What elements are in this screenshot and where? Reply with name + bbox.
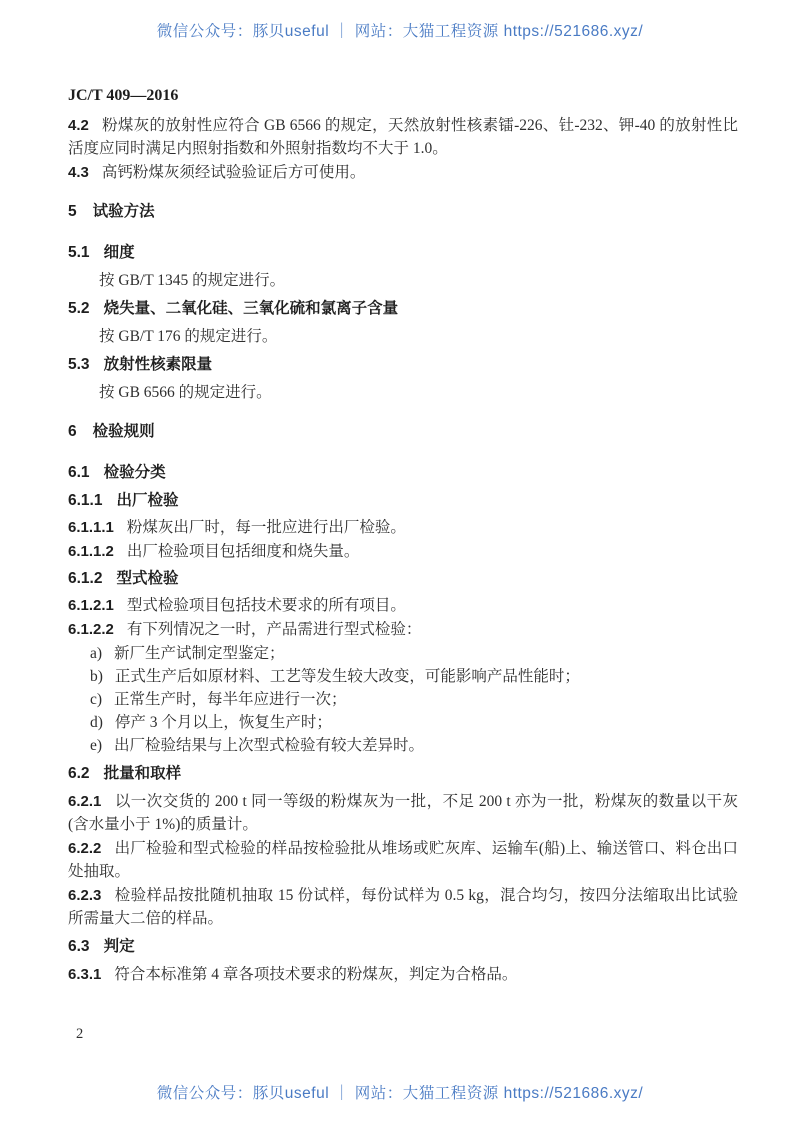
block-6.1.1.1: 6.1.1.1粉煤灰出厂时，每一批应进行出厂检验。 [68,516,738,539]
clause-text: 正式生产后如原材料、工艺等发生较大改变，可能影响产品性能时； [115,668,580,685]
block-5.1: 5.1细度 [68,241,738,264]
document-page: 微信公众号：豚贝useful ｜ 网站：大猫工程资源 https://52168… [0,0,800,1131]
clause-text: 停产 3 个月以上，恢复生产时； [115,714,332,731]
clause-text: 新厂生产试制定型鉴定； [114,645,285,662]
clause-text: 正常生产时，每半年应进行一次； [114,691,347,708]
clause-number: 6.2.3 [68,887,114,904]
clause-text: 出厂检验 [116,492,178,509]
document-body: 4.2粉煤灰的放射性应符合 GB 6566 的规定，天然放射性核素镭-226、钍… [68,113,738,987]
clause-number: 6.3 [68,938,104,955]
clause-number: 6.3.1 [68,966,114,983]
block-6.2.2: 6.2.2出厂检验和型式检验的样品按检验批从堆场或贮灰库、运输车(船)上、输送管… [68,837,738,883]
clause-text: 出厂检验项目包括细度和烧失量。 [127,543,360,560]
clause-text: 批量和取样 [104,765,182,782]
clause-number: 6.1.1 [68,492,116,509]
page-number: 2 [76,1026,83,1043]
clause-number: 5.3 [68,356,104,373]
clause-text: 型式检验 [116,570,178,587]
block-5: 5试验方法 [68,200,738,223]
block-body: 按 GB/T 176 的规定进行。 [68,325,738,348]
clause-number: 4.2 [68,117,102,134]
block-6: 6检验规则 [68,420,738,443]
clause-number: e) [90,737,114,754]
clause-number: a) [90,645,114,662]
clause-number: 6 [68,423,93,440]
block-b: b)正式生产后如原材料、工艺等发生较大改变，可能影响产品性能时； [68,665,738,688]
clause-text: 按 GB/T 176 的规定进行。 [99,328,277,345]
clause-number: 6.2.1 [68,793,114,810]
clause-text: 高钙粉煤灰须经试验验证后方可使用。 [102,164,366,181]
clause-text: 粉煤灰出厂时，每一批应进行出厂检验。 [127,519,406,536]
clause-number: 6.1.2.1 [68,597,127,614]
block-a: a)新厂生产试制定型鉴定； [68,642,738,665]
clause-number: c) [90,691,114,708]
clause-text: 按 GB 6566 的规定进行。 [99,384,272,401]
block-5.2: 5.2烧失量、二氧化硅、三氧化硫和氯离子含量 [68,297,738,320]
clause-text: 判定 [104,938,135,955]
header-promo-note: 微信公众号：豚贝useful ｜ 网站：大猫工程资源 https://52168… [0,19,800,41]
block-4.2: 4.2粉煤灰的放射性应符合 GB 6566 的规定，天然放射性核素镭-226、钍… [68,114,738,160]
clause-number: 5 [68,203,93,220]
clause-number: 6.1.1.1 [68,519,127,536]
clause-number: 6.2.2 [68,840,114,857]
block-6.2: 6.2批量和取样 [68,762,738,785]
block-6.2.1: 6.2.1以一次交货的 200 t 同一等级的粉煤灰为一批，不足 200 t 亦… [68,790,738,836]
clause-text: 检验规则 [93,423,155,440]
clause-number: d) [90,714,115,731]
block-5.3: 5.3放射性核素限量 [68,353,738,376]
block-6.1: 6.1检验分类 [68,461,738,484]
clause-text: 烧失量、二氧化硅、三氧化硫和氯离子含量 [104,300,399,317]
clause-number: b) [90,668,115,685]
clause-text: 有下列情况之一时，产品需进行型式检验： [127,621,422,638]
block-6.1.1: 6.1.1出厂检验 [68,489,738,512]
clause-number: 6.1 [68,464,104,481]
block-c: c)正常生产时，每半年应进行一次； [68,688,738,711]
clause-number: 6.2 [68,765,104,782]
clause-text: 放射性核素限量 [104,356,213,373]
block-6.1.2: 6.1.2型式检验 [68,567,738,590]
clause-text: 出厂检验结果与上次型式检验有较大差异时。 [114,737,424,754]
clause-text: 细度 [104,244,135,261]
block-e: e)出厂检验结果与上次型式检验有较大差异时。 [68,734,738,757]
block-4.3: 4.3高钙粉煤灰须经试验验证后方可使用。 [68,161,738,184]
block-6.3: 6.3判定 [68,935,738,958]
block-d: d)停产 3 个月以上，恢复生产时； [68,711,738,734]
clause-number: 5.2 [68,300,104,317]
clause-text: 符合本标准第 4 章各项技术要求的粉煤灰，判定为合格品。 [114,966,517,983]
block-body: 按 GB 6566 的规定进行。 [68,381,738,404]
clause-number: 6.1.1.2 [68,543,127,560]
clause-text: 检验样品按批随机抽取 15 份试样，每份试样为 0.5 kg，混合均匀，按四分法… [68,887,738,927]
clause-text: 以一次交货的 200 t 同一等级的粉煤灰为一批，不足 200 t 亦为一批，粉… [68,793,738,833]
clause-text: 出厂检验和型式检验的样品按检验批从堆场或贮灰库、运输车(船)上、输送管口、料仓出… [68,840,738,880]
block-6.1.1.2: 6.1.1.2出厂检验项目包括细度和烧失量。 [68,540,738,563]
clause-number: 4.3 [68,164,102,181]
clause-text: 试验方法 [93,203,155,220]
footer-promo-note: 微信公众号：豚贝useful ｜ 网站：大猫工程资源 https://52168… [0,1081,800,1103]
block-6.2.3: 6.2.3检验样品按批随机抽取 15 份试样，每份试样为 0.5 kg，混合均匀… [68,884,738,930]
clause-text: 检验分类 [104,464,166,481]
doc-code: JC/T 409—2016 [68,87,178,105]
clause-number: 5.1 [68,244,104,261]
clause-text: 型式检验项目包括技术要求的所有项目。 [127,597,406,614]
block-6.1.2.1: 6.1.2.1型式检验项目包括技术要求的所有项目。 [68,594,738,617]
clause-number: 6.1.2 [68,570,116,587]
block-body: 按 GB/T 1345 的规定进行。 [68,269,738,292]
block-6.1.2.2: 6.1.2.2有下列情况之一时，产品需进行型式检验： [68,618,738,641]
clause-text: 粉煤灰的放射性应符合 GB 6566 的规定，天然放射性核素镭-226、钍-23… [68,117,738,157]
clause-text: 按 GB/T 1345 的规定进行。 [99,272,285,289]
clause-number: 6.1.2.2 [68,621,127,638]
block-6.3.1: 6.3.1符合本标准第 4 章各项技术要求的粉煤灰，判定为合格品。 [68,963,738,986]
